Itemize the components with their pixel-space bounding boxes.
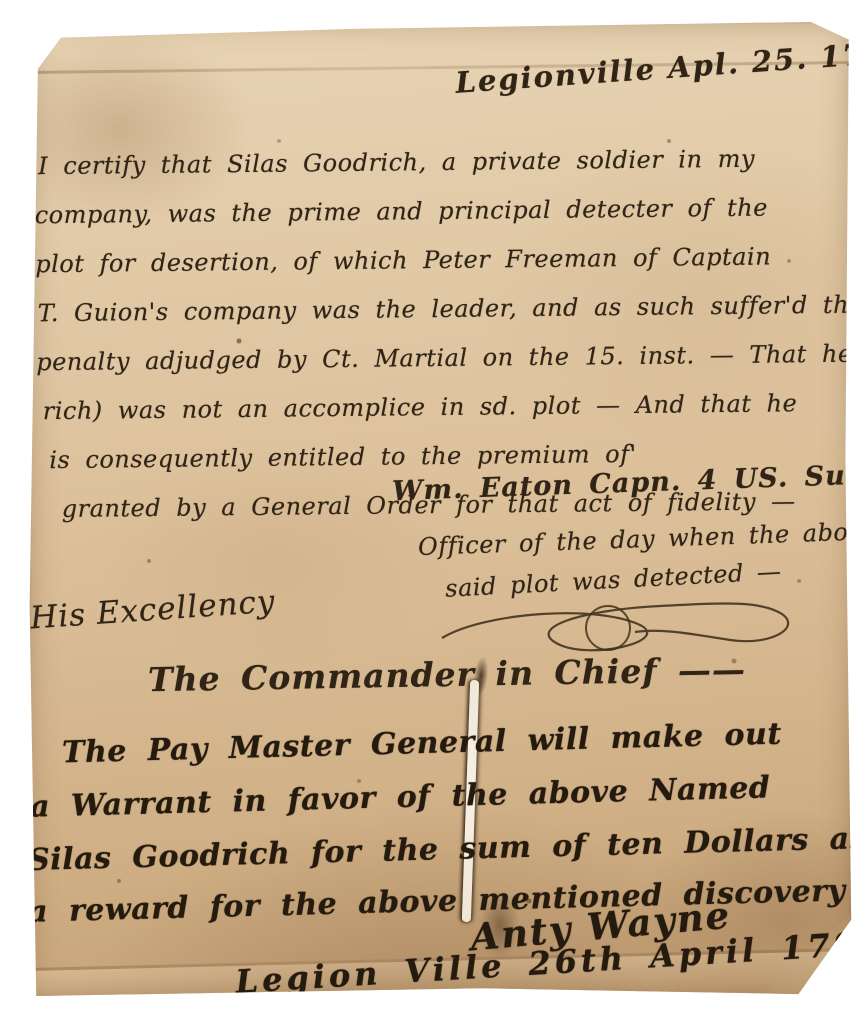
body-line: T. Guion's company was the leader, and a… [38,281,842,338]
endorsement-line: a Warrant in favor of the above Named [30,770,771,824]
manuscript-paper: Legionville Apl. 25. 1792 I certify that… [28,20,852,998]
endorsement-line: Silas Goodrich for the sum of ten Dollar… [28,821,865,878]
body-line: rich) was not an accomplice in sd. plot … [43,379,843,436]
body-line: I certify that Silas Goodrich, a private… [38,134,840,191]
letter-dateline: Legionville Apl. 25. 1792 [454,34,865,100]
address-his-excellency: His Excellency [29,583,276,636]
body-line: company, was the prime and principal det… [34,183,840,240]
endorsement-line: The Pay Master General will make out [62,717,782,771]
body-line: penalty adjudged by Ct. Martial on the 1… [36,330,842,387]
body-line: plot for desertion, of which Peter Freem… [35,232,841,289]
paper-specks [28,20,30,22]
scanned-letter-page: Legionville Apl. 25. 1792 I certify that… [0,0,865,1028]
address-commander-in-chief: The Commander in Chief —— [148,650,747,699]
